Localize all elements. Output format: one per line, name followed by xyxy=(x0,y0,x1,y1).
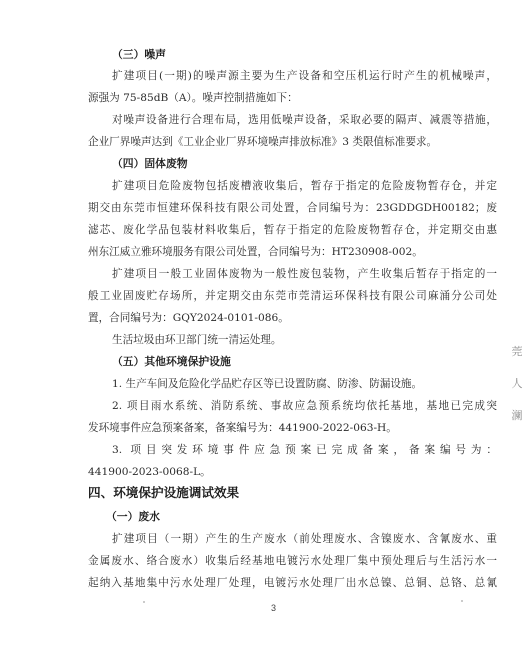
section-heading-noise: （三）噪声 xyxy=(112,48,166,62)
document-page: （三）噪声 扩建项目(一期)的噪声源主要为生产设备和空压机运行时产生的机械噪声，… xyxy=(0,0,530,650)
side-stamp-char: 澜 xyxy=(510,409,524,423)
side-stamp-char: 人 xyxy=(510,377,524,391)
paragraph-line: 生活垃圾由环卫部门统一清运处理。 xyxy=(112,333,282,347)
side-stamp-char: 莞 xyxy=(510,345,524,359)
chapter-heading: 四、环境保护设施调试效果 xyxy=(88,486,239,500)
paragraph-line: 般工业固废贮存场所，并定期交由东莞市莞清运环保科技有限公司麻涌分公司处 xyxy=(88,289,497,303)
list-item: 1. 生产车间及危险化学品贮存区等已设置防腐、防渗、防漏设施。 xyxy=(112,377,422,391)
list-item-continuation: 441900-2023-0068-L。 xyxy=(88,465,211,479)
paragraph-line: 扩建项目一般工业固体废物为一般性废包装物，产生收集后暂存于指定的一 xyxy=(112,267,497,281)
section-heading-other-facilities: （五）其他环境保护设施 xyxy=(112,355,231,369)
section-heading-wastewater: （一）废水 xyxy=(106,510,160,524)
list-item: 3. 项目突发环境事件应急预案已完成备案，备案编号为： xyxy=(112,443,497,457)
paragraph-line: 金属废水、络合废水）收集后经基地电镀污水处理厂集中预处理后与生活污水一 xyxy=(88,554,497,568)
paragraph-line: 置，合同编号为：GQY2024-0101-086。 xyxy=(88,311,289,325)
paragraph-line: 源强为 75-85dB（A）。噪声控制措施如下： xyxy=(88,91,298,105)
scan-speck xyxy=(461,600,463,602)
paragraph-line: 对噪声设备进行合理布局，选用低噪声设备，采取必要的隔声、减震等措施， xyxy=(112,113,497,127)
paragraph-line: 滤芯、废化学品包装材料收集后，暂存于指定的危险废物暂存仓，并定期交由惠 xyxy=(88,223,497,237)
paragraph-line: 扩建项目(一期)的噪声源主要为生产设备和空压机运行时产生的机械噪声， xyxy=(112,69,497,83)
section-heading-solid-waste: （四）固体废物 xyxy=(112,157,188,171)
page-number: 3 xyxy=(271,603,276,613)
paragraph-line: 期交由东莞市恒建环保科技有限公司处置，合同编号为：23GDDGDH00182；废 xyxy=(88,201,497,215)
paragraph-line: 扩建项目（一期）产生的生产废水（前处理废水、含镍废水、含氰废水、重 xyxy=(112,532,497,546)
paragraph-line: 企业厂界噪声达到《工业企业厂界环境噪声排放标准》3 类限值标准要求。 xyxy=(88,135,437,149)
paragraph-line: 州东江威立雅环境服务有限公司处置，合同编号为：HT230908-002。 xyxy=(88,245,423,259)
list-item-continuation: 发环境事件应急预案备案，备案编号为：441900-2022-063-H。 xyxy=(88,421,397,435)
list-item: 2. 项目雨水系统、消防系统、事故应急预系统均依托基地，基地已完成突 xyxy=(112,399,497,413)
scan-speck xyxy=(143,601,145,603)
paragraph-line: 起纳入基地集中污水处理厂处理，电镀污水处理厂出水总镍、总铜、总铬、总氰 xyxy=(88,576,497,590)
paragraph-line: 扩建项目危险废物包括废槽液收集后，暂存于指定的危险废物暂存仓，并定 xyxy=(112,179,497,193)
